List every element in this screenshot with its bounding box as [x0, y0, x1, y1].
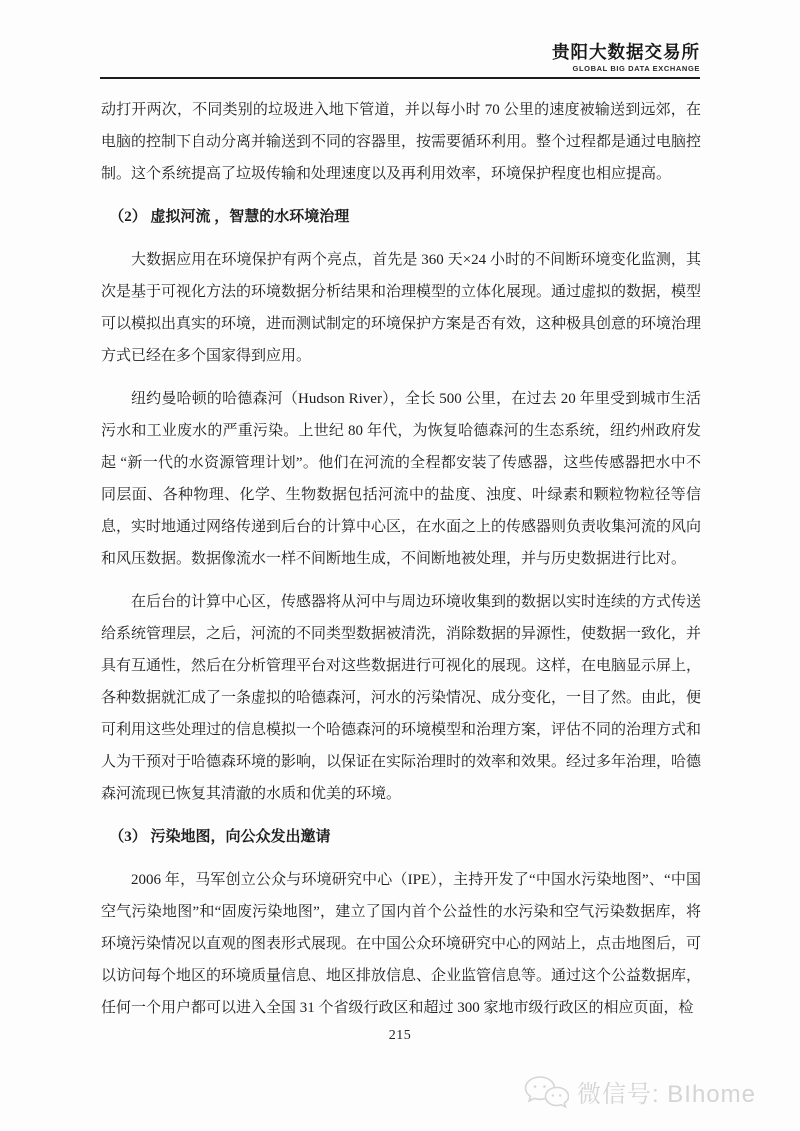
page-header: 贵阳大数据交易所 GLOBAL BIG DATA EXCHANGE	[100, 44, 700, 80]
header-divider	[100, 77, 700, 79]
brand-name-cn: 贵阳大数据交易所	[552, 44, 700, 62]
paragraph: 纽约曼哈顿的哈德森河（Hudson River），全长 500 公里，在过去 2…	[101, 383, 701, 575]
wechat-icon	[523, 1075, 569, 1109]
page-number: 215	[0, 1028, 800, 1044]
paragraph: 大数据应用在环境保护有两个亮点，首先是 360 天×24 小时的不间断环境变化监…	[101, 244, 701, 372]
section-heading-2: （2） 虚拟河流 ，智慧的水环境治理	[101, 201, 701, 233]
wechat-id-label: 微信号: BIhome	[577, 1074, 756, 1109]
paragraph: 动打开两次，不同类别的垃圾进入地下管道，并以每小时 70 公里的速度被输送到远郊…	[101, 94, 701, 190]
wechat-watermark: 微信号: BIhome	[523, 1074, 756, 1109]
brand-name-en: GLOBAL BIG DATA EXCHANGE	[552, 65, 700, 73]
section-heading-3: （3） 污染地图，向公众发出邀请	[101, 821, 701, 853]
document-body: 动打开两次，不同类别的垃圾进入地下管道，并以每小时 70 公里的速度被输送到远郊…	[101, 94, 701, 1035]
brand-logo: 贵阳大数据交易所 GLOBAL BIG DATA EXCHANGE	[552, 44, 700, 72]
document-page: 贵阳大数据交易所 GLOBAL BIG DATA EXCHANGE 动打开两次，…	[0, 0, 800, 1131]
paragraph: 2006 年，马军创立公众与环境研究中心（IPE），主持开发了“中国水污染地图”…	[101, 864, 701, 1024]
paragraph: 在后台的计算中心区，传感器将从河中与周边环境收集到的数据以实时连续的方式传送给系…	[101, 586, 701, 810]
